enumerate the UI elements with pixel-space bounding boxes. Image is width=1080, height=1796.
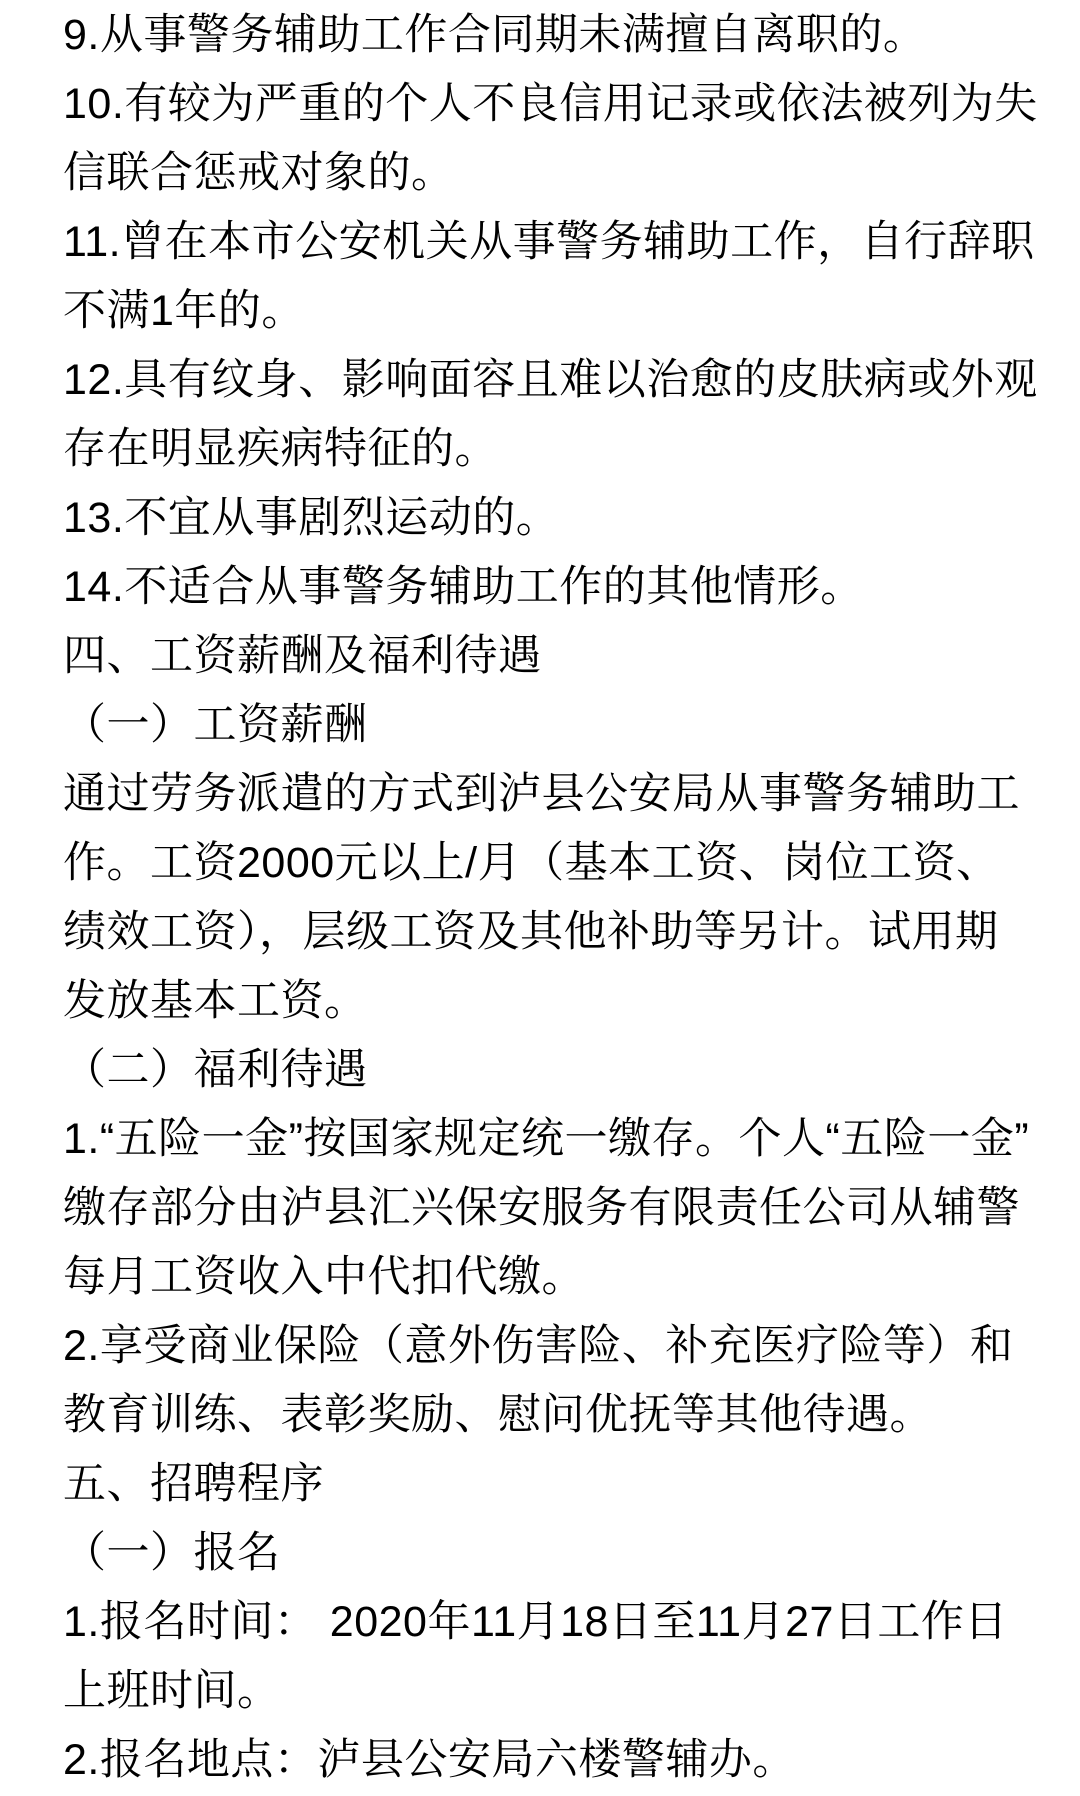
- text-line: 发放基本工资。: [63, 967, 1060, 1036]
- text-line: 1.“五险一金”按国家规定统一缴存。个人“五险一金”: [63, 1105, 1060, 1174]
- text-line: 每月工资收入中代扣代缴。: [63, 1243, 1060, 1312]
- subsection-heading-registration: （一）报名: [63, 1519, 1060, 1588]
- document-page: 9.从事警务辅助工作合同期未满擅自离职的。 10.有较为严重的个人不良信用记录或…: [0, 0, 1080, 1796]
- text-line: 1.报名时间： 2020年11月18日至11月27日工作日: [63, 1588, 1060, 1657]
- text-line: 缴存部分由泸县汇兴保安服务有限责任公司从辅警: [63, 1174, 1060, 1243]
- text-line: 通过劳务派遣的方式到泸县公安局从事警务辅助工: [63, 760, 1060, 829]
- text-line: 10.有较为严重的个人不良信用记录或依法被列为失: [63, 70, 1060, 139]
- text-line: 不满1年的。: [63, 277, 1060, 346]
- subsection-heading-benefits: （二）福利待遇: [63, 1036, 1060, 1105]
- text-line: 12.具有纹身、影响面容且难以治愈的皮肤病或外观: [63, 346, 1060, 415]
- text-line: 存在明显疾病特征的。: [63, 415, 1060, 484]
- text-line: 2.享受商业保险（意外伤害险、补充医疗险等）和: [63, 1312, 1060, 1381]
- text-line: 作。工资2000元以上/月（基本工资、岗位工资、: [63, 829, 1060, 898]
- section-heading-recruitment-procedure: 五、招聘程序: [63, 1450, 1060, 1519]
- text-line: 11.曾在本市公安机关从事警务辅助工作，自行辞职: [63, 208, 1060, 277]
- text-line: 绩效工资），层级工资及其他补助等另计。试用期: [63, 898, 1060, 967]
- text-line: 9.从事警务辅助工作合同期未满擅自离职的。: [63, 1, 1060, 70]
- text-line: 13.不宜从事剧烈运动的。: [63, 484, 1060, 553]
- text-line: 2.报名地点：泸县公安局六楼警辅办。: [63, 1726, 1060, 1795]
- text-line: 教育训练、表彰奖励、慰问优抚等其他待遇。: [63, 1381, 1060, 1450]
- subsection-heading-salary: （一）工资薪酬: [63, 691, 1060, 760]
- text-line: 上班时间。: [63, 1657, 1060, 1726]
- text-line: 信联合惩戒对象的。: [63, 139, 1060, 208]
- text-line: 14.不适合从事警务辅助工作的其他情形。: [63, 553, 1060, 622]
- document-body: 9.从事警务辅助工作合同期未满擅自离职的。 10.有较为严重的个人不良信用记录或…: [0, 0, 1080, 1795]
- section-heading-salary-benefits: 四、工资薪酬及福利待遇: [63, 622, 1060, 691]
